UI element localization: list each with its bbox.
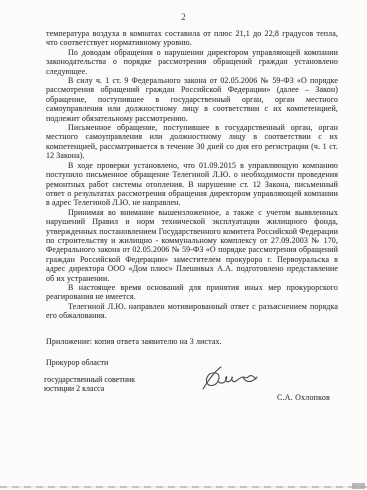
body-paragraph: В ходе проверки установлено, что 01.09.2… xyxy=(46,161,338,208)
document-body: температура воздуха в комнатах составила… xyxy=(46,29,338,321)
body-paragraph: По доводам обращения о нарушении директо… xyxy=(46,48,338,76)
signatory-rank: государственный советник юстиции 2 класс… xyxy=(44,375,164,393)
signatory-name: С.А. Охлопков xyxy=(277,393,330,403)
scan-artifact-corner xyxy=(352,483,365,489)
page-number: 2 xyxy=(0,12,367,22)
body-paragraph: температура воздуха в комнатах составила… xyxy=(46,29,338,48)
signatory-rank-line1: государственный советник xyxy=(44,375,135,384)
scanned-document-page: 2 температура воздуха в комнатах состави… xyxy=(0,0,367,490)
attachment-line: Приложение: копия ответа заявителю на 3 … xyxy=(46,337,338,346)
scan-artifact-line xyxy=(0,486,367,488)
signatory-rank-line2: юстиции 2 класса xyxy=(44,384,104,393)
body-paragraph: Принимая во внимание вышеизложенное, а т… xyxy=(46,208,338,283)
body-paragraph: В силу ч. 1 ст. 9 Федерального закона от… xyxy=(46,76,338,123)
body-paragraph: Телегиной Л.Ю. направлен мотивированный … xyxy=(46,302,338,321)
handwritten-signature-icon xyxy=(200,364,262,394)
body-paragraph: Письменное обращение, поступившее в госу… xyxy=(46,123,338,161)
body-paragraph: В настоящее время оснований для принятия… xyxy=(46,283,338,302)
signatory-position-title: Прокурор области xyxy=(46,358,108,367)
